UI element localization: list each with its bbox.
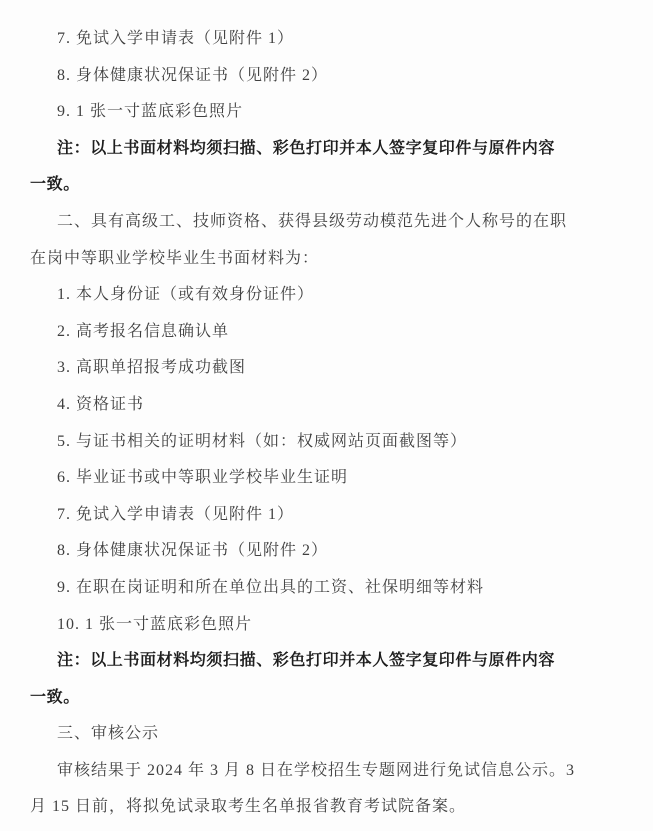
text-line: 9. 在职在岗证明和所在单位出具的工资、社保明细等材料 (30, 570, 625, 607)
text-line: 10. 1 张一寸蓝底彩色照片 (30, 607, 625, 644)
section-heading: 三、审核公示 (30, 716, 625, 753)
note-line: 一致。 (30, 167, 625, 204)
section-heading: 二、具有高级工、技师资格、获得县级劳动模范先进个人称号的在职 (30, 204, 625, 241)
note-line: 注：以上书面材料均须扫描、彩色打印并本人签字复印件与原件内容 (30, 643, 625, 680)
text-line: 3. 高职单招报考成功截图 (30, 350, 625, 387)
text-line: 5. 与证书相关的证明材料（如：权威网站页面截图等） (30, 424, 625, 461)
text-line: 审核结果于 2024 年 3 月 8 日在学校招生专题网进行免试信息公示。3 (30, 753, 625, 790)
text-line: 7. 免试入学申请表（见附件 1） (30, 21, 625, 58)
text-line: 8. 身体健康状况保证书（见附件 2） (30, 533, 625, 570)
text-line: 6. 毕业证书或中等职业学校毕业生证明 (30, 460, 625, 497)
text-line: 1. 本人身份证（或有效身份证件） (30, 277, 625, 314)
text-line: 4. 资格证书 (30, 387, 625, 424)
text-line: 在岗中等职业学校毕业生书面材料为： (30, 241, 625, 278)
text-line: 2. 高考报名信息确认单 (30, 314, 625, 351)
text-line: 8. 身体健康状况保证书（见附件 2） (30, 58, 625, 95)
text-line: 7. 免试入学申请表（见附件 1） (30, 497, 625, 534)
note-line: 一致。 (30, 680, 625, 717)
document-page: 7. 免试入学申请表（见附件 1） 8. 身体健康状况保证书（见附件 2） 9.… (0, 0, 653, 831)
text-line: 月 15 日前，将拟免试录取考生名单报省教育考试院备案。 (30, 789, 625, 826)
note-line: 注：以上书面材料均须扫描、彩色打印并本人签字复印件与原件内容 (30, 131, 625, 168)
text-line: 9. 1 张一寸蓝底彩色照片 (30, 94, 625, 131)
